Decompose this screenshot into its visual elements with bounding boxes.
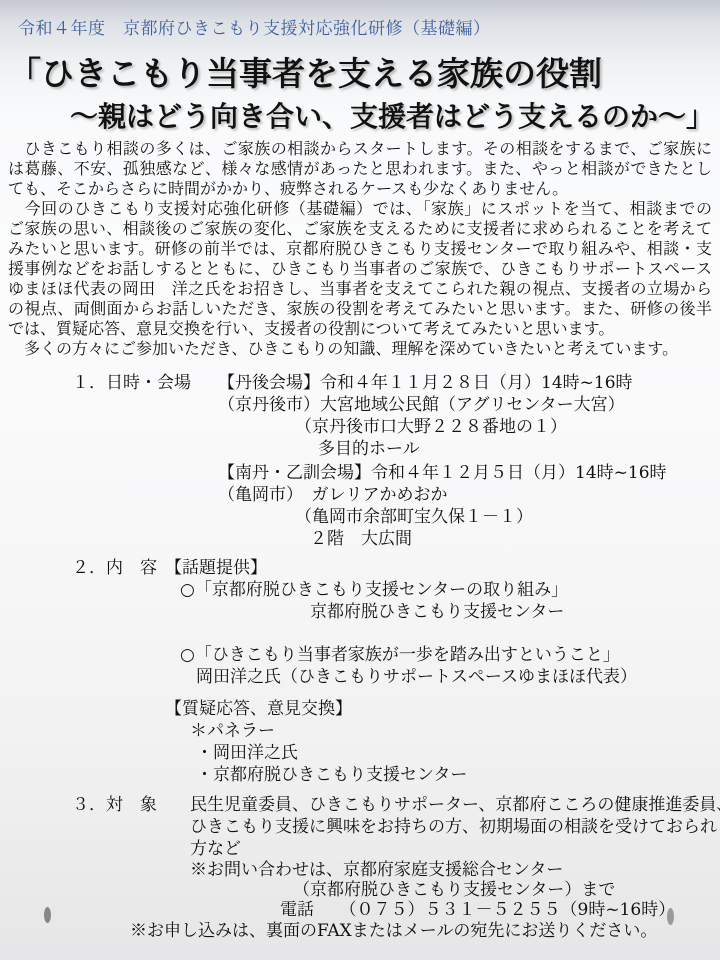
intro-line: ても、そこからさらに時間がかかり、疲弊されるケースも少なくありません。 xyxy=(8,179,712,199)
panelist-item: ・京都府脱ひきこもり支援センター xyxy=(196,760,467,785)
event-category-header: 令和４年度 京都府ひきこもり支援対応強化研修（基礎編） xyxy=(18,14,491,39)
topic1-presenter: 京都府脱ひきこもり支援センター xyxy=(310,597,564,622)
topic2-presenter: 岡田洋之氏（ひきこもりサポートスペースゆまほほ代表） xyxy=(196,662,637,687)
intro-line: では、質疑応答、意見交換を行い、支援者の役割について考えてみたいと思います。 xyxy=(8,319,712,339)
target-line: ひきこもり支援に興味をお持ちの方、初期場面の相談を受けておられる xyxy=(190,812,720,837)
apply-note: ※お申し込みは、裏面のFAXまたはメールの宛先にお送りください。 xyxy=(130,916,657,941)
intro-line: ひきこもり相談の多くは、ご家族の相談からスタートします。その相談をするまで、ご家… xyxy=(8,139,712,159)
section1-label: １．日時・会場 xyxy=(72,368,191,393)
page-title-line1: 「ひきこもり当事者を支える家族の役割 xyxy=(8,48,602,95)
venue2-room: ２階 大広間 xyxy=(310,524,412,549)
decorative-dot-right xyxy=(667,908,674,925)
venue1-room: 多目的ホール xyxy=(318,434,420,459)
intro-line: 援事例などをお話しするとともに、ひきこもり当事者のご家族で、ひきこもりサポートス… xyxy=(8,259,712,279)
page-title-line2: ～親はどう向き合い、支援者はどう支えるのか～」 xyxy=(70,95,714,135)
section2-label: ２．内 容 xyxy=(72,553,157,578)
intro-line: ゆまほほ代表の岡田 洋之氏をお招きし、当事者を支えてこられた親の視点、支援者の立… xyxy=(8,279,712,299)
section3-label: ３．対 象 xyxy=(72,790,157,815)
decorative-dot-left xyxy=(44,907,51,923)
intro-line: は葛藤、不安、孤独感など、様々な感情があったと思われます。また、やっと相談ができ… xyxy=(8,159,712,179)
flyer-page: 令和４年度 京都府ひきこもり支援対応強化研修（基礎編） 「ひきこもり当事者を支え… xyxy=(0,0,720,960)
intro-line: みたいと思います。研修の前半では、京都府脱ひきこもり支援センターで取り組みや、相… xyxy=(8,239,712,259)
intro-line: 今回のひきこもり支援対応強化研修（基礎編）では、「家族」にスポットを当て、相談ま… xyxy=(8,199,712,219)
intro-line: 多くの方々にご参加いただき、ひきこもりの知識、理解を深めていきたいと考えています… xyxy=(8,339,712,359)
intro-line: ご家族の思い、相談後のご家族の変化、ご家族を支えるために支援者に求められることを… xyxy=(8,219,712,239)
intro-line: の視点、両側面からお話しいただき、家族の役割を考えてみたいと思います。また、研修… xyxy=(8,299,712,319)
intro-paragraphs: ひきこもり相談の多くは、ご家族の相談からスタートします。その相談をするまで、ご家… xyxy=(8,139,712,359)
